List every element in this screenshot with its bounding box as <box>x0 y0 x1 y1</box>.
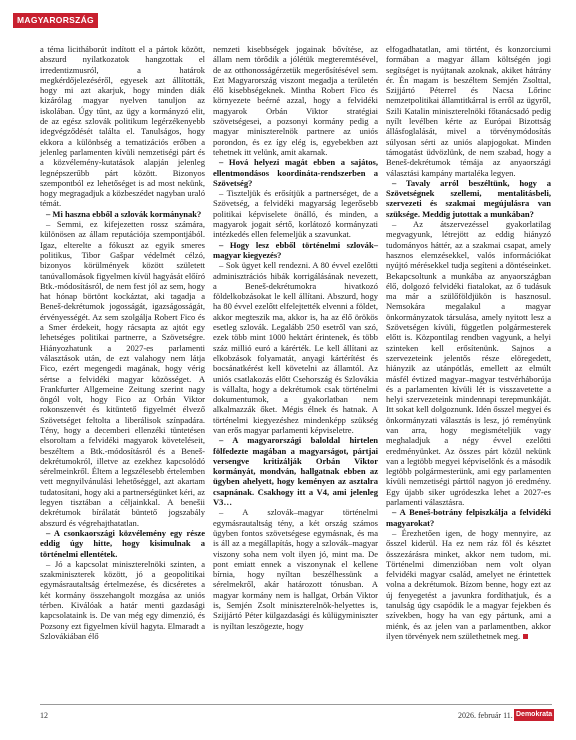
brand-logo: Demokrata <box>514 709 554 721</box>
interview-question: – A magyarországi baloldal hirtelen fölf… <box>213 435 378 507</box>
interview-answer: a téma licitháborút indított el a pártok… <box>40 44 205 209</box>
interview-answer: – Jó a kapcsolat miniszterelnöki szinten… <box>40 559 205 641</box>
page-number: 12 <box>40 711 48 720</box>
interview-answer: – Tiszteljük és erősítjük a partnerséget… <box>213 188 378 239</box>
interview-question: – Hová helyezi magát ebben a sajátos, el… <box>213 157 378 188</box>
interview-question: – A csonkaországi közvélemény egy része … <box>40 528 205 559</box>
article-body: a téma licitháborút indított el a pártok… <box>40 44 552 686</box>
interview-answer: – Semmi, ez kifejezetten rossz számára, … <box>40 219 205 528</box>
interview-question: – Mi haszna ebből a szlovák kormánynak? <box>40 209 205 219</box>
column-3: elfogadhatatlan, ami történt, és konzorc… <box>386 44 551 686</box>
interview-answer: – Sok ügyet kell rendezni. A 80 évvel ez… <box>213 260 378 435</box>
column-1: a téma licitháborút indított el a pártok… <box>40 44 205 686</box>
interview-answer: – Érezhetően igen, de hogy mennyire, az … <box>386 528 551 641</box>
footer-divider <box>40 704 552 705</box>
interview-question: – Tavaly arról beszéltünk, hogy a Szövet… <box>386 178 551 219</box>
interview-answer: nemzeti kisebbségek jogainak bővítése, a… <box>213 44 378 157</box>
end-of-article-icon <box>523 634 528 639</box>
interview-answer: – A szlovák–magyar történelmi egymásraut… <box>213 507 378 631</box>
column-2: nemzeti kisebbségek jogainak bővítése, a… <box>213 44 378 686</box>
issue-date: 2026. február 11. <box>458 711 513 720</box>
interview-question: – A Beneš-botrány felpiszkálja a felvidé… <box>386 507 551 528</box>
interview-answer: – Az átszervezéssel gyakorlatilag megvag… <box>386 219 551 507</box>
section-badge: MAGYARORSZÁG <box>13 13 98 28</box>
interview-answer: elfogadhatatlan, ami történt, és konzorc… <box>386 44 551 178</box>
interview-question: – Hogy lesz ebből történelmi szlovák–mag… <box>213 240 378 261</box>
